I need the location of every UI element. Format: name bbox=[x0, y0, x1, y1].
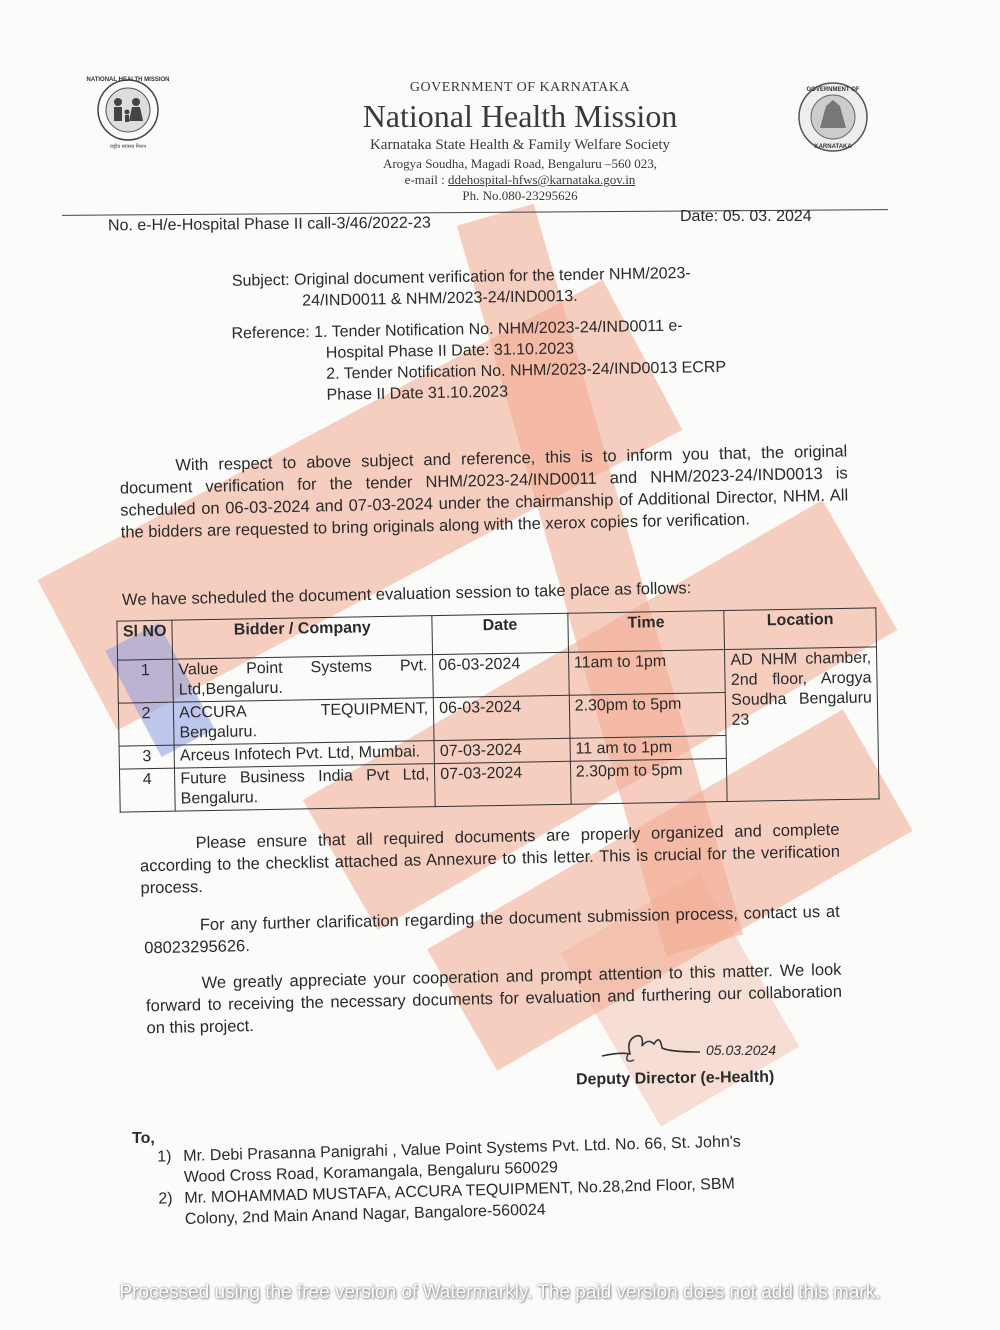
cell-time: 11 am to 1pm bbox=[570, 736, 727, 762]
society-name: Karnataka State Health & Family Welfare … bbox=[250, 137, 790, 154]
nhm-logo-icon: राष्ट्रीय स्वास्थ्य मिशन NATIONAL HEALTH… bbox=[78, 72, 180, 152]
svg-text:NATIONAL HEALTH MISSION: NATIONAL HEALTH MISSION bbox=[87, 77, 170, 83]
cell-sl: 3 bbox=[119, 745, 175, 769]
schedule-table: Sl NO Bidder / Company Date Time Locatio… bbox=[116, 607, 879, 812]
checklist-paragraph: Please ensure that all required document… bbox=[139, 819, 840, 900]
svg-text:KARNATAKA: KARNATAKA bbox=[814, 144, 852, 150]
letter-page: राष्ट्रीय स्वास्थ्य मिशन NATIONAL HEALTH… bbox=[0, 0, 1000, 1330]
signature-icon bbox=[600, 1030, 710, 1064]
cell-time: 11am to 1pm bbox=[568, 650, 725, 696]
email-line: e-mail : ddehospital-hfws@karnataka.gov.… bbox=[250, 172, 790, 188]
karnataka-emblem-icon: GOVERNMENT OF KARNATAKA bbox=[788, 80, 878, 154]
government-title: GOVERNMENT OF KARNATAKA bbox=[250, 80, 790, 96]
col-location: Location bbox=[724, 608, 876, 650]
cell-location: AD NHM chamber, 2nd floor, Arogya Soudha… bbox=[725, 647, 879, 802]
col-date: Date bbox=[432, 613, 568, 654]
recipient-number: 1) bbox=[157, 1146, 184, 1168]
cell-date: 06-03-2024 bbox=[433, 695, 569, 740]
letterhead: GOVERNMENT OF KARNATAKA National Health … bbox=[250, 80, 790, 204]
email-label: e-mail : bbox=[405, 172, 445, 187]
signatory-designation: Deputy Director (e-Health) bbox=[576, 1069, 774, 1090]
cell-sl: 2 bbox=[118, 702, 174, 746]
phone-number: Ph. No.080-23295626 bbox=[250, 188, 790, 204]
svg-text:राष्ट्रीय स्वास्थ्य मिशन: राष्ट्रीय स्वास्थ्य मिशन bbox=[110, 143, 147, 150]
reference: Reference: 1. Tender Notification No. NH… bbox=[231, 313, 852, 408]
watermark-notice: Processed using the free version of Wate… bbox=[0, 1282, 1000, 1304]
cell-bidder: Value Point Systems Pvt. Ltd,Bengaluru. bbox=[173, 655, 434, 703]
recipients-list: 1)Mr. Debi Prasanna Panigrahi , Value Po… bbox=[157, 1129, 819, 1230]
cell-time: 2.30pm to 5pm bbox=[569, 693, 726, 739]
contact-paragraph: For any further clarification regarding … bbox=[144, 901, 841, 960]
cell-bidder: ACCURA TEQUIPMENT, Bengaluru. bbox=[174, 698, 435, 746]
to-label: To, bbox=[132, 1130, 155, 1148]
col-sl-no: Sl NO bbox=[117, 620, 173, 660]
signature-date: 05.03.2024 bbox=[706, 1042, 776, 1058]
cell-date: 07-03-2024 bbox=[435, 761, 571, 806]
cell-time: 2.30pm to 5pm bbox=[570, 759, 727, 805]
schedule-intro: We have scheduled the document evaluatio… bbox=[122, 575, 802, 611]
organization-name: National Health Mission bbox=[250, 98, 790, 135]
col-bidder: Bidder / Company bbox=[172, 616, 433, 660]
svg-text:GOVERNMENT OF: GOVERNMENT OF bbox=[806, 87, 859, 93]
recipient-number: 2) bbox=[158, 1188, 185, 1210]
intro-paragraph: With respect to above subject and refere… bbox=[119, 440, 849, 543]
cell-sl: 4 bbox=[119, 768, 175, 812]
subject: Subject: Original document verification … bbox=[232, 261, 793, 313]
email-link[interactable]: ddehospital-hfws@karnataka.gov.in bbox=[448, 172, 635, 187]
cell-bidder: Future Business India Pvt Ltd, Bengaluru… bbox=[175, 764, 436, 812]
letter-date: Date: 05. 03. 2024 bbox=[680, 208, 812, 226]
address: Arogya Soudha, Magadi Road, Bengaluru –5… bbox=[250, 156, 790, 172]
col-time: Time bbox=[568, 611, 725, 653]
cell-date: 07-03-2024 bbox=[434, 738, 570, 763]
cell-date: 06-03-2024 bbox=[433, 652, 569, 697]
closing-paragraph: We greatly appreciate your cooperation a… bbox=[145, 959, 842, 1040]
cell-sl: 1 bbox=[118, 659, 174, 703]
letter-reference-number: No. e-H/e-Hospital Phase II call-3/46/20… bbox=[108, 215, 431, 236]
